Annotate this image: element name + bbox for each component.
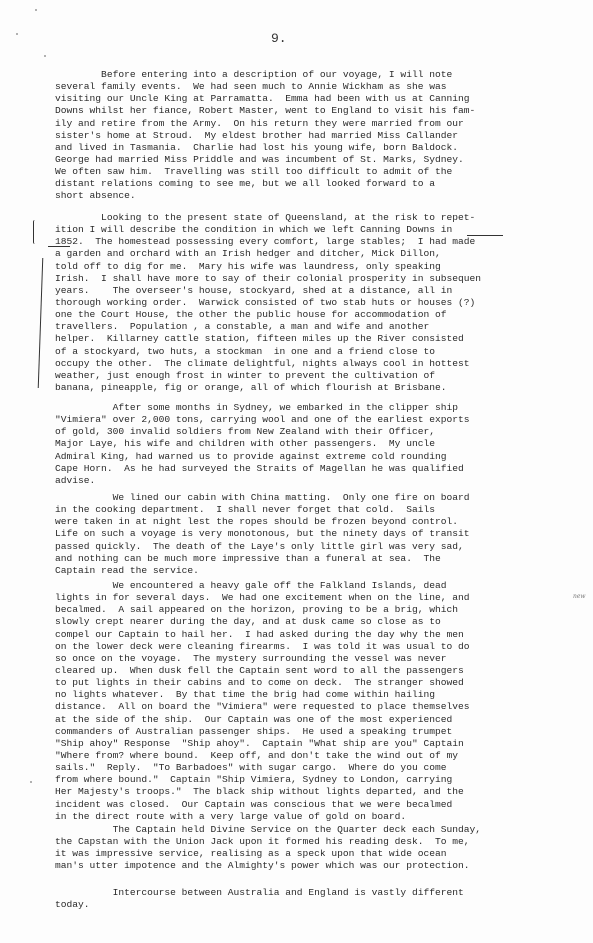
margin-vertical-line-mark bbox=[38, 258, 44, 388]
text-line: one the Court House, the other the publi… bbox=[55, 309, 575, 321]
text-line: ily and retire from the Army. On his ret… bbox=[55, 118, 575, 130]
text-line: becalmed. A sail appeared on the horizon… bbox=[55, 604, 575, 616]
text-line: We lined our cabin with China matting. O… bbox=[55, 492, 575, 504]
paragraph-divine-service: The Captain held Divine Service on the Q… bbox=[55, 824, 575, 873]
text-line: Major Laye, his wife and children with o… bbox=[55, 438, 575, 450]
underline-1852-mark bbox=[48, 246, 70, 247]
paragraph-family-events: Before entering into a description of ou… bbox=[55, 69, 575, 203]
text-line: of a stockyard, two huts, a stockman in … bbox=[55, 346, 575, 358]
text-line: "Ship ahoy" Response "Ship ahoy". Captai… bbox=[55, 738, 575, 750]
paragraph-intercourse: Intercourse between Australia and Englan… bbox=[55, 887, 575, 911]
text-line: Cape Horn. As he had surveyed the Strait… bbox=[55, 463, 575, 475]
text-line: We often saw him. Travelling was still t… bbox=[55, 166, 575, 178]
paragraph-embarkation: After some months in Sydney, we embarked… bbox=[55, 402, 575, 487]
text-line: so once on the voyage. The mystery surro… bbox=[55, 653, 575, 665]
text-line: several family events. We had seen much … bbox=[55, 81, 575, 93]
text-line: slowly crept nearer during the day, and … bbox=[55, 616, 575, 628]
text-line: were taken in at night lest the ropes sh… bbox=[55, 516, 575, 528]
margin-bracket-mark bbox=[33, 220, 38, 244]
text-line: on the lower deck were cleaning firearms… bbox=[55, 641, 575, 653]
document-page: 9. Before entering into a description of… bbox=[0, 0, 593, 943]
text-line: sister's home at Stroud. My eldest broth… bbox=[55, 130, 575, 142]
text-line: occupy the other. The climate delightful… bbox=[55, 358, 575, 370]
underline-in-mark bbox=[467, 235, 503, 236]
text-line: told off to dig for me. Mary his wife wa… bbox=[55, 261, 575, 273]
text-line: banana, pineapple, fig or orange, all of… bbox=[55, 382, 575, 394]
text-line: a garden and orchard with an Irish hedge… bbox=[55, 248, 575, 260]
text-line: Life on such a voyage is very monotonous… bbox=[55, 528, 575, 540]
page-number: 9. bbox=[271, 31, 287, 46]
text-line: sails." Reply. "To Barbadoes" with sugar… bbox=[55, 762, 575, 774]
speck bbox=[30, 781, 32, 783]
text-line: to put lights in their cabins and to com… bbox=[55, 677, 575, 689]
speck bbox=[16, 33, 18, 35]
text-line: Her Majesty's troops." The black ship wi… bbox=[55, 786, 575, 798]
text-line: in the cooking department. I shall never… bbox=[55, 504, 575, 516]
text-line: from where bound." Captain "Ship Vimiera… bbox=[55, 774, 575, 786]
paragraph-brig-encounter: We encountered a heavy gale off the Falk… bbox=[55, 580, 575, 823]
text-line: helper. Killarney cattle station, fiftee… bbox=[55, 333, 575, 345]
margin-handwritten-note: new bbox=[573, 593, 586, 600]
text-line: it was impressive service, realising as … bbox=[55, 848, 575, 860]
text-line: years. The overseer's house, stockyard, … bbox=[55, 285, 575, 297]
text-line: visiting our Uncle King at Parramatta. E… bbox=[55, 93, 575, 105]
text-line: distance. All on board the "Vimiera" wer… bbox=[55, 701, 575, 713]
speck bbox=[44, 55, 46, 57]
text-line: compel our Captain to hail her. I had as… bbox=[55, 629, 575, 641]
text-line: 1852. The homestead possessing every com… bbox=[55, 236, 575, 248]
text-line: The Captain held Divine Service on the Q… bbox=[55, 824, 575, 836]
text-line: distant relations coming to see me, but … bbox=[55, 178, 575, 190]
text-line: today. bbox=[55, 899, 575, 911]
text-line: and lived in Tasmania. Charlie had lost … bbox=[55, 142, 575, 154]
text-line: man's utter impotence and the Almighty's… bbox=[55, 860, 575, 872]
text-line: Before entering into a description of ou… bbox=[55, 69, 575, 81]
text-line: incident was closed. Our Captain was con… bbox=[55, 799, 575, 811]
text-line: thorough working order. Warwick consiste… bbox=[55, 297, 575, 309]
speck bbox=[35, 9, 37, 11]
text-line: Irish. I shall have more to say of their… bbox=[55, 273, 575, 285]
paragraph-cabin-voyage: We lined our cabin with China matting. O… bbox=[55, 492, 575, 577]
text-line: After some months in Sydney, we embarked… bbox=[55, 402, 575, 414]
paragraph-queensland-condition: Looking to the present state of Queensla… bbox=[55, 212, 575, 394]
text-line: Intercourse between Australia and Englan… bbox=[55, 887, 575, 899]
text-line: Downs whilst her fiance, Robert Master, … bbox=[55, 105, 575, 117]
text-line: Captain read the service. bbox=[55, 565, 575, 577]
text-line: Admiral King, had warned us to provide a… bbox=[55, 451, 575, 463]
text-line: weather, just enough frost in winter to … bbox=[55, 370, 575, 382]
text-line: the Capstan with the Union Jack upon it … bbox=[55, 836, 575, 848]
text-line: "Where from? where bound. Keep off, and … bbox=[55, 750, 575, 762]
text-line: in the direct route with a very large va… bbox=[55, 811, 575, 823]
text-line: lights in for several days. We had one e… bbox=[55, 592, 575, 604]
text-line: of gold, 300 invalid soldiers from New Z… bbox=[55, 426, 575, 438]
text-line: George had married Miss Priddle and was … bbox=[55, 154, 575, 166]
text-line: commanders of Australian passenger ships… bbox=[55, 726, 575, 738]
text-line: Looking to the present state of Queensla… bbox=[55, 212, 575, 224]
text-line: at the side of the ship. Our Captain was… bbox=[55, 714, 575, 726]
text-line: "Vimiera" over 2,000 tons, carrying wool… bbox=[55, 414, 575, 426]
text-line: cleared up. When dusk fell the Captain s… bbox=[55, 665, 575, 677]
text-line: passed quickly. The death of the Laye's … bbox=[55, 541, 575, 553]
text-line: travellers. Population , a constable, a … bbox=[55, 321, 575, 333]
text-line: advise. bbox=[55, 475, 575, 487]
text-line: We encountered a heavy gale off the Falk… bbox=[55, 580, 575, 592]
text-line: no lights whatever. By that time the bri… bbox=[55, 689, 575, 701]
text-line: and nothing can be much more impressive … bbox=[55, 553, 575, 565]
text-line: short absence. bbox=[55, 190, 575, 202]
